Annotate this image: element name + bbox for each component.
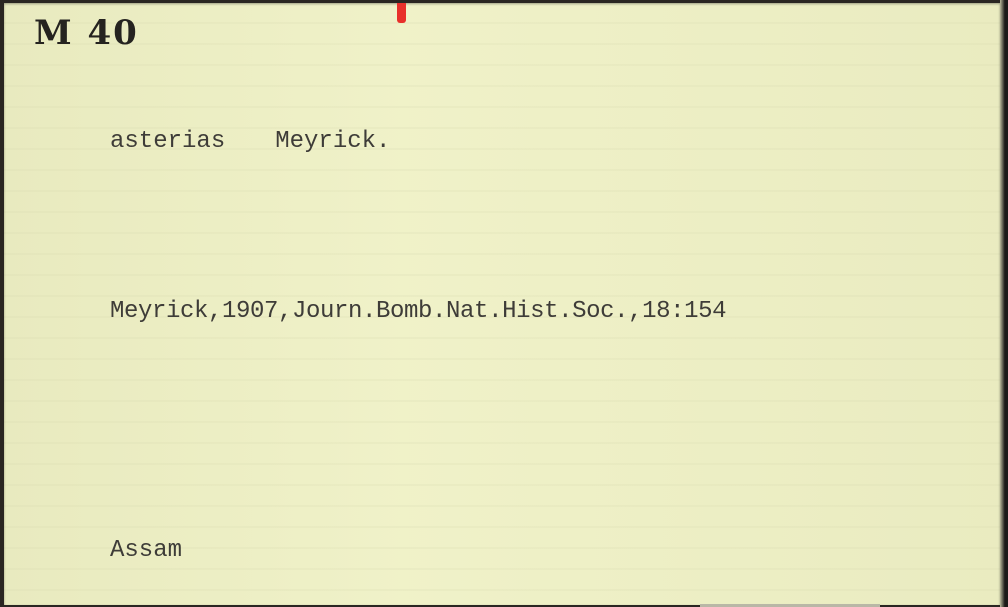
index-card: M 40 asteriasMeyrick. Meyrick,1907,Journ… <box>4 3 1000 605</box>
author-name: Meyrick. <box>275 128 390 155</box>
scan-edge-right <box>1000 0 1008 607</box>
red-tab-marker <box>397 3 406 23</box>
locality: Assam <box>110 537 182 564</box>
species-epithet: asterias <box>110 128 225 155</box>
citation: Meyrick,1907,Journ.Bomb.Nat.Hist.Soc.,18… <box>110 298 726 325</box>
call-number: M 40 <box>34 13 139 53</box>
taxon-name-line: asteriasMeyrick. <box>110 128 390 155</box>
